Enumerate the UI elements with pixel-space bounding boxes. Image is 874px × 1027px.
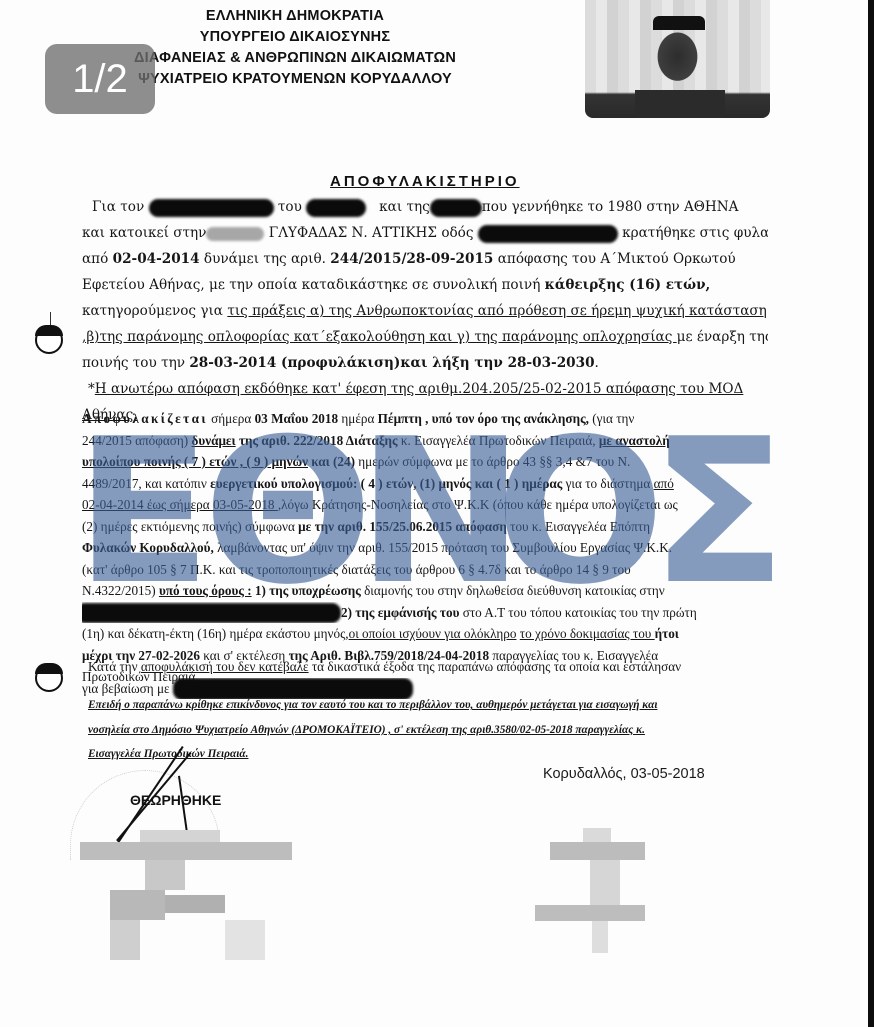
detention-date: 02-04-2014 [113,251,200,267]
p1-line-8: *Η ανωτέρω απόφαση εκδόθηκε κατ' έφεση τ… [82,376,768,402]
page-edge-border [868,0,874,1027]
pixel [165,895,225,913]
page-indicator-badge: 1/2 [45,44,155,114]
sentence-period: 28-03-2014 (προφυλάκιση)και λήξη την 28-… [189,355,594,371]
text: δυνάμει της αριθ. [204,251,326,267]
p1-line-7: ποινής του την 28-03-2014 (προφυλάκιση)κ… [82,350,768,376]
text: ημερών σύμφωνα με το άρθρο 43 §§ 3,4 &7 … [355,454,630,469]
redacted-mother-name [430,199,482,217]
transfer-notice-line-2: νοσηλεία στο Δημόσιο Ψυχιατρείο Αθηνών (… [88,724,768,736]
pixel [592,921,608,953]
pixel [110,920,140,960]
paragraph-sentence-details: Για τον του και τηςπου γεννήθηκε το 1980… [82,194,768,428]
conditions-label: υπό τους όρους : [159,583,252,598]
p1-line-2: και κατοικεί στην ΓΛΥΦΑΔΑΣ Ν. ΑΤΤΙΚΗΣ οδ… [82,220,768,246]
document-page: ΕΛΛΗΝΙΚΗ ΔΗΜΟΚΡΑΤΙΑ ΥΠΟΥΡΓΕΙΟ ΔΙΚΑΙΟΣΥΝΗ… [0,0,874,1027]
p1-line-4: Εφετείου Αθήνας, με την οποία καταδικάστ… [82,272,768,298]
document-title: ΑΠΟΦΥΛΑΚΙΣΤΗΡΙΟ [330,173,520,190]
transfer-notice-line-1: Επειδή ο παραπάνω κρίθηκε επικίνδυνος γι… [88,699,768,711]
text: Φυλακών Κορυδαλλού, [82,540,214,555]
text: τα δικαστικά έξοδα της παραπάνω απόφασης… [309,659,682,674]
text: με έναρξη της [677,329,768,345]
pixel [590,860,620,905]
p2-line-5: 02-04-2014 έως σήμερα 03-05-2018 ,λόγω Κ… [82,494,768,516]
text: 1) της υποχρέωσης [252,583,361,598]
text: ,λόγω Κράτησης-Νοσηλείας στο Ψ.Κ.Κ (όπου… [278,497,678,512]
p3-line-2: για βεβαίωση με [82,678,768,700]
p2-line-10: 2) της εμφάνισής του στο Α.Τ του τόπου κ… [82,602,768,624]
header-line-transparency: ΔΙΑΦΑΝΕΙΑΣ & ΑΝΘΡΩΠΙΝΩΝ ΔΙΚΑΙΩΜΑΤΩΝ [95,48,495,69]
text: (2) ημέρες εκτιόμενης ποινής) σύμφωνα [82,519,298,534]
p3-line-1: Κατά την αποφυλάκισή του δεν κατέβαλε τα… [82,656,768,678]
pixel [145,860,185,890]
text: από [654,476,674,491]
release-condition: Πέμπτη , υπό τον όρο της ανάκλησης, [378,411,589,426]
header-line-ministry: ΥΠΟΥΡΓΕΙΟ ΔΙΚΑΙΟΣΥΝΗΣ [95,27,495,48]
p2-line-7: Φυλακών Κορυδαλλού, λαμβάνοντας υπ' όψιν… [82,537,768,559]
text: Ν.4322/2015) [82,583,159,598]
redacted-reference [173,678,413,699]
ministry-header: ΕΛΛΗΝΙΚΗ ΔΗΜΟΚΡΑΤΙΑ ΥΠΟΥΡΓΕΙΟ ΔΙΚΑΙΟΣΥΝΗ… [95,6,495,90]
text: και της [379,199,430,215]
redacted-street [478,225,618,243]
place-and-date: Κορυδαλλός, 03-05-2018 [543,766,705,782]
text: ΓΛΥΦΑΔΑΣ Ν. ΑΤΤΙΚΗΣ οδός [269,225,474,241]
p2-line-1: Αποφυλακίζεται σήμερα 03 Μαΐου 2018 ημέρ… [82,408,768,430]
text: του κ. Εισαγγελέα Επόπτη [507,519,650,534]
portrait-hair [653,16,705,30]
text: για βεβαίωση με [82,681,170,696]
pixel [140,830,220,842]
text: Κατά την [88,659,141,674]
text: οι οποίοι ισχύουν για ολόκληρο [349,626,517,641]
portrait-shoulders [635,90,725,118]
text: 2) της εμφάνισής του [341,605,459,620]
text: (1η) και δέκατη-έκτη (16η) ημέρα εκάστου… [82,626,349,641]
binder-hole-mark-icon [35,326,63,354]
text: Εφετείου Αθήνας, με την οποία καταδικάστ… [82,277,540,293]
redacted-address [82,603,341,623]
sentence-length: κάθειρξης (16) ετών, [545,277,711,293]
text: (για την [589,411,634,426]
pixel [110,890,165,920]
beneficial-calculation: ευεργετικού υπολογισμού: ( 4 ) ετών, (1)… [210,476,562,491]
text: σήμερα [208,411,255,426]
p1-line-5: κατηγορούμενος για τις πράξεις α) της Αν… [82,298,768,324]
text: κρατήθηκε στις φυλακές [622,225,768,241]
text: αποφυλάκισή του δεν κατέβαλε [141,659,309,674]
text: ημέρα [338,411,378,426]
p2-line-6: (2) ημέρες εκτιόμενης ποινής) σύμφωνα με… [82,516,768,538]
decision-reference: με την αριθ. 155/25.06.2015 απόφαση [298,519,507,534]
text: το χρόνο δοκιμασίας του [520,626,655,641]
p1-line-3: από 02-04-2014 δυνάμει της αριθ. 244/201… [82,246,768,272]
redacted-area [206,227,264,241]
p2-line-8: (κατ' άρθρο 105 § 7 Π.Κ. και τις τροποπο… [82,559,768,581]
detention-period: 02-04-2014 έως σήμερα 03-05-2018 [82,497,278,512]
paragraph-release-conditions: Αποφυλακίζεται σήμερα 03 Μαΐου 2018 ημέρ… [82,408,768,688]
pixel [535,905,645,921]
text: δυνάμει [192,433,236,448]
decision-number: 244/2015/28-09-2015 [330,251,493,267]
header-line-republic: ΕΛΛΗΝΙΚΗ ΔΗΜΟΚΡΑΤΙΑ [95,6,495,27]
text: με αναστολή [599,433,670,448]
p2-line-2: 244/2015 απόφαση) δυνάμει της αριθ. 222/… [82,430,768,452]
text: και (24) [308,454,355,469]
released-keyword: Αποφυλακίζεται [82,411,208,426]
binder-hole-mark-icon [35,664,63,692]
text: 244/2015 απόφαση) [82,433,192,448]
text: για το διάστημα [562,476,653,491]
header-line-psychiatric-prison: ΨΥΧΙΑΤΡΕΙΟ ΚΡΑΤΟΥΜΕΝΩΝ ΚΟΡΥΔΑΛΛΟΥ [95,69,495,90]
pixel [550,842,645,860]
p2-line-11: (1η) και δέκατη-έκτη (16η) ημέρα εκάστου… [82,623,768,645]
text: του [278,199,302,215]
text: από [82,251,108,267]
text: * [88,381,95,397]
text: . [595,355,599,371]
pixel [225,920,265,960]
release-date: 03 Μαΐου 2018 [255,411,339,426]
p2-line-9: Ν.4322/2015) υπό τους όρους : 1) της υπο… [82,580,768,602]
text: κ. Εισαγγελέα Πρωτοδικών Πειραιά, [398,433,599,448]
text: απόφασης του Α΄Μικτού Ορκωτού [498,251,736,267]
text: Για τον [92,199,144,215]
redacted-father-name [306,199,366,217]
order-number: της αριθ. 222/2018 Διάταξης [236,433,398,448]
text: και κατοικεί στην [82,225,206,241]
p2-line-4: 4489/2017, και κατόπιν ευεργετικού υπολο… [82,473,768,495]
text: 4489/2017, και κατόπιν [82,476,210,491]
paragraph-court-costs: Κατά την αποφυλάκισή του δεν κατέβαλε τα… [82,656,768,699]
text: κατηγορούμενος για [82,303,223,319]
text: στο Α.Τ του τόπου κατοικίας του την πρώτ… [459,605,696,620]
pixel [80,842,292,860]
text: που γεννήθηκε το 1980 στην ΑΘΗΝΑ [482,199,739,215]
p1-line-1: Για τον του και τηςπου γεννήθηκε το 1980… [82,194,768,220]
charges-text: τις πράξεις α) της Ανθρωποκτονίας από πρ… [227,303,767,319]
appeal-note: Η ανωτέρω απόφαση εκδόθηκε κατ' έφεση τη… [95,381,744,397]
text: λαμβάνοντας υπ' όψιν την αριθ. 155/2015 … [214,540,672,555]
text: ποινής του την [82,355,185,371]
text: (κατ' άρθρο 105 § 7 Π.Κ. και τις τροποπο… [82,562,631,577]
text: ήτοι [655,626,679,641]
text: διαμονής του στην δηλωθείσα διεύθυνση κα… [361,583,665,598]
redacted-name [149,199,274,217]
suspended-remainder: υπολοίπου ποινής ( 7 ) ετών , ( 9 ) μηνώ… [82,454,308,469]
p1-line-6: ,β)της παράνομης οπλοφορίας κατ΄εξακολού… [82,324,768,350]
charges-text: ,β)της παράνομης οπλοφορίας κατ΄εξακολού… [82,329,677,345]
pixelated-portrait-photo [585,0,770,118]
pixel [583,828,611,842]
p2-line-3: υπολοίπου ποινής ( 7 ) ετών , ( 9 ) μηνώ… [82,451,768,473]
